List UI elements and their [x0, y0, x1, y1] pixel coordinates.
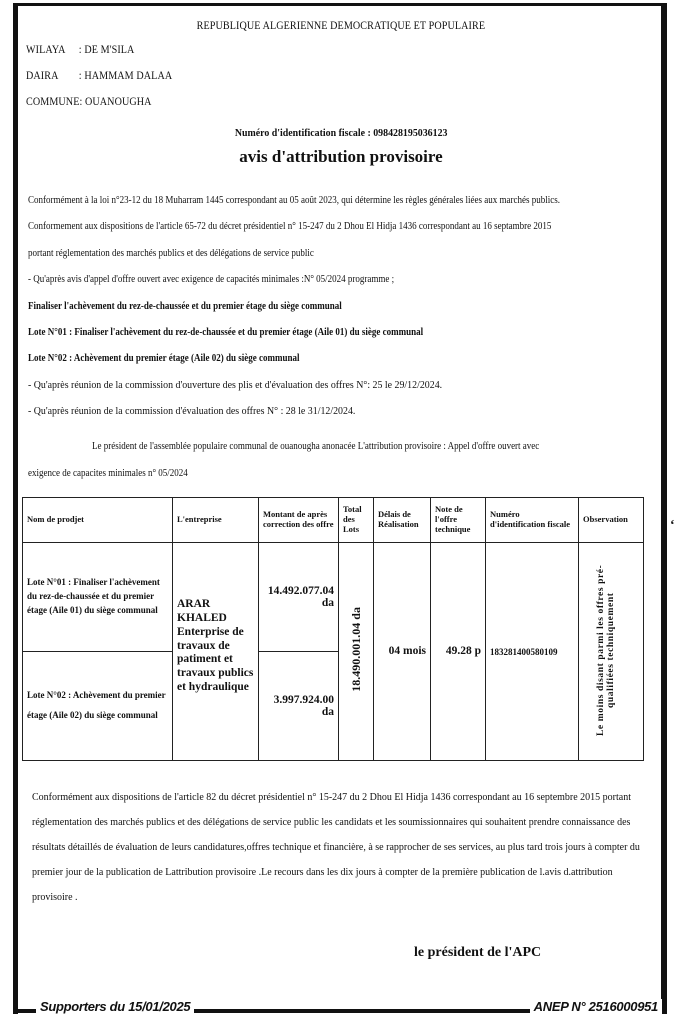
lot-2-description: Lote N°02 : Achèvement du premier étage … [28, 353, 299, 364]
header-tech-note: Note de l'offre technique [431, 498, 486, 543]
paragraph-announce-cont: exigence de capacites minimales n° 05/20… [28, 468, 188, 479]
company-description: Enterprise de travaux de patiment et tra… [177, 626, 254, 695]
paragraph-evaluation-commission: - Qu'après réunion de la commission d'év… [28, 405, 355, 417]
margin-mark: ʻ [670, 518, 675, 534]
paragraph-decree: Conformement aux dispositions de l'artic… [28, 221, 551, 232]
daira-line: DAIRA: HAMMAM DALAA [26, 70, 172, 82]
commune-value: : OUANOUGHA [79, 96, 151, 108]
republic-heading: REPUBLIQUE ALGERIENNE DEMOCRATIQUE ET PO… [0, 20, 682, 32]
lot-1-description: Lote N°01 : Finaliser l'achèvement du re… [28, 327, 423, 338]
lot-2-name: Lote N°02 : Achèvement du premier étage … [23, 652, 173, 761]
paragraph-law: Conformément à la loi n°23-12 du 18 Muha… [28, 195, 560, 206]
conclusion-paragraph: Conformément aux dispositions de l'artic… [32, 785, 652, 910]
table-header-row: Nom de prodjet L'entreprise Montant de a… [23, 498, 644, 543]
signature: le président de l'APC [414, 945, 541, 961]
lot-1-amount: 14.492.077.04 da [259, 543, 339, 652]
table-row: Lote N°01 : Finaliser l'achèvement du re… [23, 543, 644, 652]
header-project-name: Nom de prodjet [23, 498, 173, 543]
daira-label: DAIRA [26, 70, 79, 82]
header-delay: Délais de Réalisation [374, 498, 431, 543]
company-cell: ARAR KHALED Enterprise de travaux de pat… [173, 543, 259, 761]
company-name: ARAR KHALED [177, 598, 254, 626]
total-amount: 18.490.001.04 da [349, 607, 364, 692]
lot-2-amount: 3.997.924.00 da [259, 652, 339, 761]
header-observation: Observation [579, 498, 644, 543]
paragraph-president-announce: Le président de l'assemblée populaire co… [92, 441, 539, 452]
page-title: avis d'attribution provisoire [0, 147, 682, 167]
paragraph-opening-commission: - Qu'après réunion de la commission d'ou… [28, 379, 442, 391]
nif-cell: 183281400580109 [486, 543, 579, 761]
fiscal-id: Numéro d'identification fiscale : 098428… [0, 123, 682, 141]
lot-1-name: Lote N°01 : Finaliser l'achèvement du re… [23, 543, 173, 652]
header-nif: Numéro d'identification fiscale [486, 498, 579, 543]
tech-note-cell: 49.28 p [431, 543, 486, 761]
commune-label: COMMUNE [26, 96, 79, 108]
header-company: L'entreprise [173, 498, 259, 543]
wilaya-line: WILAYA: DE M'SILA [26, 44, 134, 56]
paragraph-tender: - Qu'après avis d'appel d'offre ouvert a… [28, 274, 394, 285]
total-cell: 18.490.001.04 da [339, 543, 374, 761]
paragraph-decree-cont: portant réglementation des marchés publi… [28, 248, 314, 259]
frame-border-top [14, 3, 666, 6]
award-table: Nom de prodjet L'entreprise Montant de a… [22, 497, 644, 761]
wilaya-label: WILAYA [26, 44, 79, 56]
daira-value: : HAMMAM DALAA [79, 70, 172, 82]
delay-cell: 04 mois [374, 543, 431, 761]
observation-cell: Le moins disant parmi les offres pré-qua… [579, 543, 644, 761]
observation-text: Le moins disant parmi les offres pré-qua… [596, 550, 626, 750]
header-total: Total des Lots [339, 498, 374, 543]
project-title: Finaliser l'achèvement du rez-de-chaussé… [28, 301, 342, 312]
footer-anep-number: ANEP N° 2516000951 [530, 999, 662, 1014]
wilaya-value: : DE M'SILA [79, 44, 135, 56]
header-amount: Montant de après correction des offre [259, 498, 339, 543]
commune-line: COMMUNE: OUANOUGHA [26, 96, 152, 108]
footer-publication-date: Supporters du 15/01/2025 [36, 999, 194, 1014]
